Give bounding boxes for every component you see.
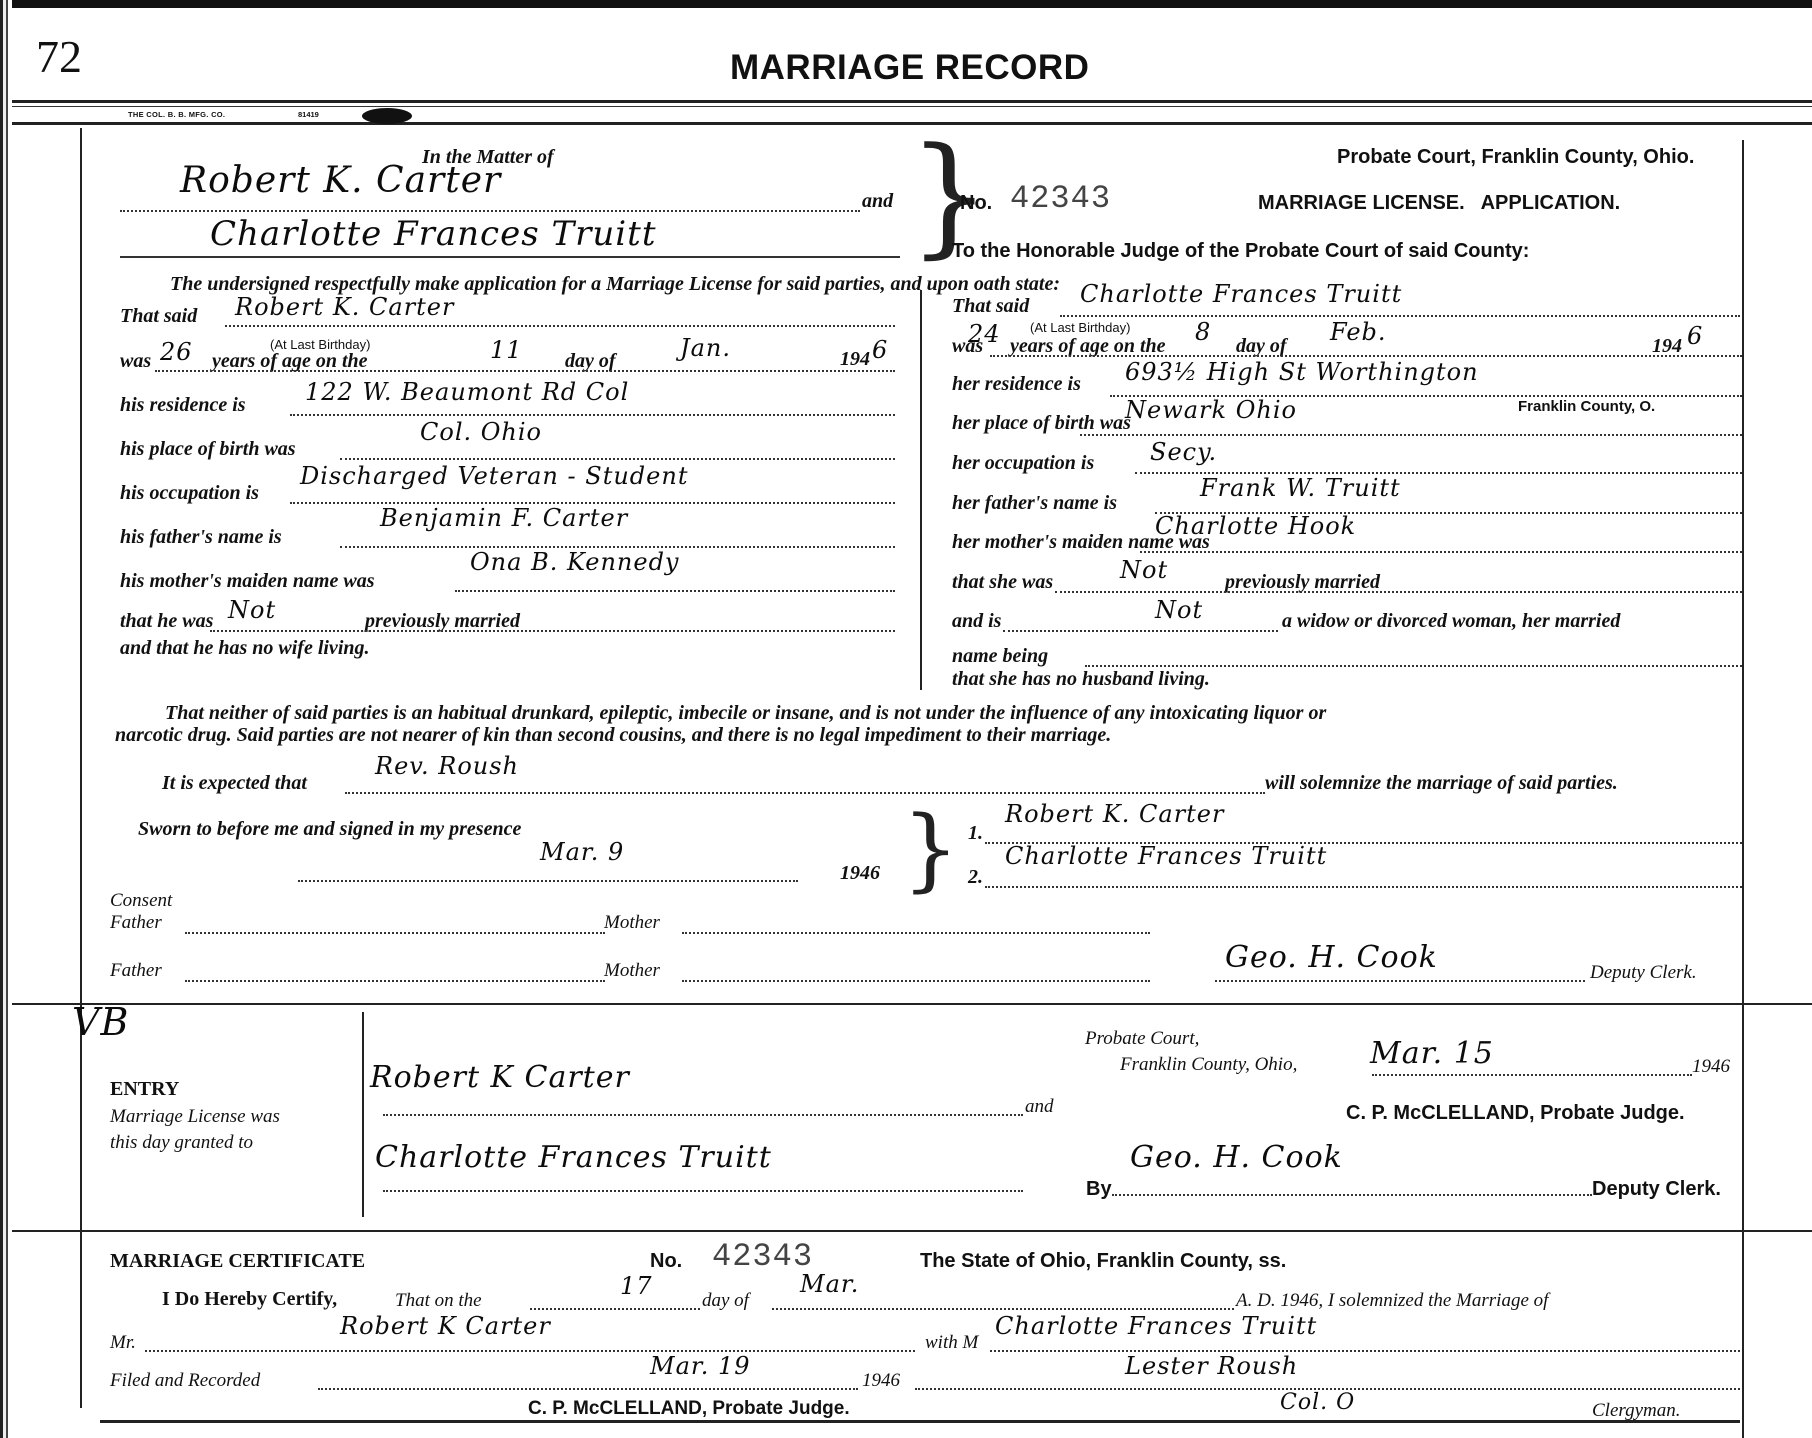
header-rule-mid	[12, 106, 1812, 107]
certificate-state: The State of Ohio, Franklin County, ss.	[920, 1250, 1286, 1273]
entry-groom-name: Robert K Carter	[370, 1060, 630, 1095]
court-heading: Probate Court, Franklin County, Ohio.	[1337, 146, 1694, 169]
groom-prev-line	[210, 630, 895, 632]
groom-occupation-label: his occupation is	[120, 482, 259, 505]
entry-clerk-signature: Geo. H. Cook	[1130, 1140, 1343, 1175]
scan-binding-edge	[0, 0, 12, 1438]
entry-date-line	[1372, 1074, 1692, 1076]
bride-name-being-label: name being	[952, 645, 1048, 668]
printer-mark: THE COL. B. B. MFG. CO.	[128, 110, 225, 119]
bride-prev-line	[1055, 591, 1742, 593]
bride-county-note: Franklin County, O.	[1518, 398, 1655, 415]
footer-rule	[100, 1420, 1740, 1423]
sworn-date-line	[298, 880, 798, 882]
clergy-note: Col. O	[1280, 1390, 1355, 1415]
officiant-name: Rev. Roush	[375, 752, 519, 780]
entry-groom-line	[383, 1114, 1023, 1116]
sworn-year: 1946	[840, 862, 880, 885]
bride-that-said-label: That said	[952, 295, 1029, 318]
bride-residence: 693½ High St Worthington	[1125, 358, 1479, 386]
certificate-ad-label: A. D. 1946, I solemnized the Marriage of	[1236, 1290, 1548, 1312]
bride-age: 24	[968, 320, 1001, 348]
certificate-bride: Charlotte Frances Truitt	[995, 1312, 1317, 1340]
bride-widow-label: and is	[952, 610, 1001, 633]
bride-prev-value: Not	[1120, 556, 1168, 584]
groom-birth: Col. Ohio	[420, 418, 542, 446]
certificate-day-of-label: day of	[702, 1290, 749, 1312]
groom-signature: Robert K. Carter	[1005, 800, 1224, 828]
judge-address: To the Honorable Judge of the Probate Co…	[952, 240, 1529, 263]
matter-bride-line	[120, 256, 900, 258]
groom-day: 11	[490, 336, 523, 364]
groom-birth-label: his place of birth was	[120, 438, 296, 461]
groom-age-line	[155, 370, 895, 372]
scan-top-edge	[0, 0, 1812, 8]
certificate-certify-label: I Do Hereby Certify,	[162, 1288, 337, 1311]
sworn-label: Sworn to before me and signed in my pres…	[138, 818, 521, 841]
clergyman-label: Clergyman.	[1592, 1400, 1680, 1422]
bride-prev-label: that she was	[952, 571, 1053, 594]
entry-clerk-line	[1112, 1194, 1592, 1196]
sig2-number: 2.	[968, 866, 983, 889]
declaration-line-2: narcotic drug. Said parties are not near…	[115, 724, 1111, 747]
groom-birth-line	[340, 458, 895, 460]
bride-widow-line	[1003, 630, 1278, 632]
certificate-filed-line	[318, 1388, 858, 1390]
certificate-month-line	[772, 1308, 1234, 1310]
section-rule-certificate	[12, 1230, 1812, 1232]
bride-name-line	[1060, 315, 1740, 317]
clergy-signature: Lester Roush	[1125, 1352, 1298, 1380]
bride-birth-line	[1080, 434, 1742, 436]
bride-father: Frank W. Truitt	[1200, 474, 1401, 502]
certificate-filed-date: Mar. 19	[650, 1352, 751, 1380]
certificate-mr-label: Mr.	[110, 1332, 136, 1354]
bride-name-being-line	[1085, 665, 1742, 667]
entry-granted-line-1: Marriage License was	[110, 1106, 280, 1128]
certificate-filed-year: 1946	[862, 1370, 900, 1392]
certificate-day-line	[530, 1308, 700, 1310]
bride-occupation-label: her occupation is	[952, 452, 1094, 475]
bride-birth: Newark Ohio	[1125, 396, 1297, 424]
bride-signature: Charlotte Frances Truitt	[1005, 842, 1327, 870]
consent-mother-line-2	[682, 980, 1150, 982]
groom-name: Robert K. Carter	[235, 293, 454, 321]
frame-left	[80, 128, 82, 1408]
entry-granted-line-2: this day granted to	[110, 1132, 253, 1154]
bride-father-label: her father's name is	[952, 492, 1117, 515]
entry-court-line-2: Franklin County, Ohio,	[1120, 1054, 1297, 1076]
entry-initials: VB	[72, 1000, 129, 1044]
groom-occupation: Discharged Veteran - Student	[300, 462, 688, 490]
groom-month: Jan.	[680, 334, 731, 362]
certificate-title: MARRIAGE CERTIFICATE	[110, 1250, 365, 1273]
groom-father: Benjamin F. Carter	[380, 504, 628, 532]
entry-court-line-1: Probate Court,	[1085, 1028, 1199, 1050]
certificate-month: Mar.	[800, 1270, 859, 1298]
bride-no-husband: that she has no husband living.	[952, 668, 1210, 691]
license-form-title: MARRIAGE LICENSE. APPLICATION.	[1258, 192, 1620, 215]
groom-prev-label: that he was	[120, 610, 213, 633]
groom-mother-line	[455, 590, 895, 592]
bride-birth-label: her place of birth was	[952, 412, 1131, 435]
bride-year-suffix: 6	[1687, 322, 1703, 350]
matter-groom-line	[120, 210, 860, 212]
consent-mother-label-2: Mother	[604, 960, 660, 982]
groom-no-wife: and that he has no wife living.	[120, 637, 370, 660]
certificate-number: 42343	[712, 1238, 813, 1275]
certificate-no-label: No.	[650, 1250, 682, 1273]
certificate-with-label: with M	[925, 1332, 978, 1354]
consent-father-label-2: Father	[110, 960, 162, 982]
bride-name: Charlotte Frances Truitt	[1080, 280, 1402, 308]
groom-year-suffix: 6	[872, 336, 888, 364]
ink-blot	[362, 108, 412, 124]
bride-at-last-birthday: (At Last Birthday)	[1030, 320, 1130, 335]
entry-bracket	[362, 1012, 364, 1217]
consent-clerk-line	[1215, 980, 1585, 982]
section-rule-entry	[12, 1003, 1812, 1005]
entry-judge: C. P. McCLELLAND, Probate Judge.	[1346, 1102, 1685, 1125]
consent-clerk-signature: Geo. H. Cook	[1225, 940, 1438, 975]
consent-mother-line-1	[682, 932, 1150, 934]
certificate-day: 17	[620, 1272, 653, 1300]
frame-right	[1742, 140, 1744, 1438]
groom-father-label: his father's name is	[120, 526, 282, 549]
entry-deputy-label: Deputy Clerk.	[1592, 1178, 1721, 1201]
bride-widow-value: Not	[1155, 596, 1203, 624]
form-number: 81419	[298, 110, 319, 119]
bride-month: Feb.	[1330, 318, 1387, 346]
column-divider	[920, 290, 922, 690]
license-number: 42343	[1010, 180, 1111, 217]
bride-widow-text: a widow or divorced woman, her married	[1282, 610, 1620, 633]
groom-year-prefix: 194	[840, 348, 870, 371]
groom-age: 26	[160, 338, 193, 366]
groom-residence-line	[290, 414, 895, 416]
sworn-brace: }	[902, 805, 959, 895]
declaration-line-1: That neither of said parties is an habit…	[165, 702, 1326, 725]
certificate-bride-line	[990, 1350, 1740, 1352]
certificate-filed-label: Filed and Recorded	[110, 1370, 260, 1392]
consent-mother-label-1: Mother	[604, 912, 660, 934]
consent-label: Consent	[110, 890, 172, 912]
page-number: 72	[36, 30, 82, 83]
bride-day: 8	[1195, 318, 1211, 346]
bride-age-line	[990, 355, 1742, 357]
entry-bride-name: Charlotte Frances Truitt	[375, 1140, 772, 1175]
consent-father-line-2	[185, 980, 605, 982]
entry-date: Mar. 15	[1370, 1036, 1494, 1071]
certificate-judge: C. P. McCLELLAND, Probate Judge.	[528, 1398, 850, 1420]
entry-label: ENTRY	[110, 1078, 179, 1101]
groom-was-label: was	[120, 350, 151, 373]
bride-occupation: Secy.	[1150, 438, 1217, 466]
matter-groom-name: Robert K. Carter	[180, 160, 501, 201]
solemnize-label: will solemnize the marriage of said part…	[1265, 772, 1618, 795]
groom-that-said-label: That said	[120, 305, 197, 328]
consent-deputy-label: Deputy Clerk.	[1590, 962, 1697, 984]
entry-by-label: By	[1086, 1178, 1112, 1201]
sworn-date: Mar. 9	[540, 838, 624, 866]
groom-prev-value: Not	[228, 596, 276, 624]
groom-residence-label: his residence is	[120, 394, 246, 417]
groom-mother-label: his mother's maiden name was	[120, 570, 375, 593]
page-title: MARRIAGE RECORD	[730, 48, 1089, 88]
consent-father-label-1: Father	[110, 912, 162, 934]
consent-father-line-1	[185, 932, 605, 934]
groom-residence: 122 W. Beaumont Rd Col	[305, 378, 629, 406]
certificate-on-the-label: That on the	[395, 1290, 482, 1312]
entry-bride-line	[383, 1190, 1023, 1192]
certificate-groom-line	[145, 1350, 915, 1352]
sig2-line	[985, 886, 1742, 888]
license-no-label: No.	[960, 192, 992, 215]
header-rule-top	[12, 100, 1812, 103]
bride-residence-label: her residence is	[952, 373, 1081, 396]
groom-name-line	[225, 325, 895, 327]
matter-bride-name: Charlotte Frances Truitt	[210, 214, 657, 254]
officiant-line	[345, 792, 1265, 794]
groom-mother: Ona B. Kennedy	[470, 548, 680, 576]
matter-and-label: and	[862, 190, 893, 213]
sig1-number: 1.	[968, 822, 983, 845]
expected-label: It is expected that	[162, 772, 307, 795]
entry-year: 1946	[1692, 1056, 1730, 1078]
certificate-groom: Robert K Carter	[340, 1312, 551, 1340]
bride-mother-line	[1140, 551, 1742, 553]
bride-mother: Charlotte Hook	[1155, 512, 1356, 540]
entry-and-label: and	[1025, 1096, 1054, 1118]
